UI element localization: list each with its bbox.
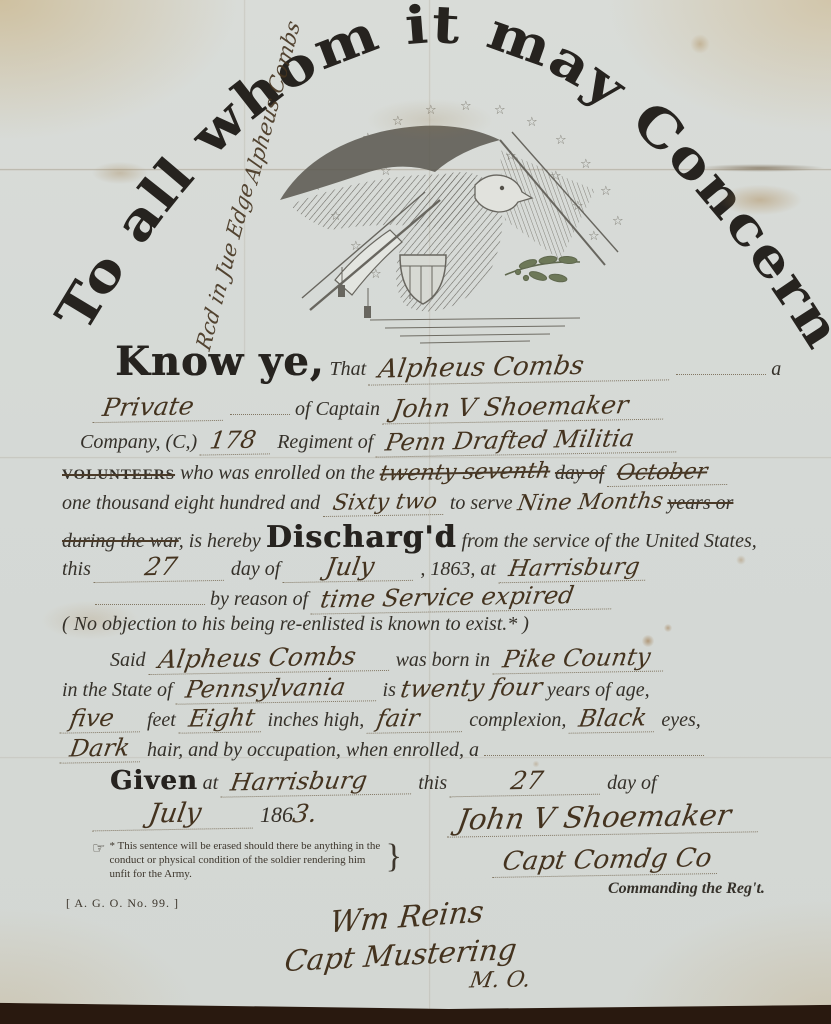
rule-blank: [676, 374, 766, 375]
is-label: is: [383, 679, 396, 701]
one-thousand-label: one thousand eight hundred and: [62, 492, 320, 514]
given-place-entry: Harrisburg: [221, 765, 416, 797]
that-label: That: [330, 358, 367, 380]
form-line-10: Said Alpheus Combs was born in Pike Coun…: [110, 643, 665, 673]
form-line-13: Dark hair, and by occupation, when enrol…: [62, 734, 704, 763]
company-label: Company, (C,): [80, 431, 197, 453]
height-inches-entry: Eight: [178, 703, 265, 733]
eyes-entry: Black: [569, 703, 659, 733]
form-line-11: in the State of Pennsylvania is twenty f…: [62, 674, 650, 703]
captain-title-signature: Capt Comdg Co: [495, 845, 719, 876]
regiment-number-entry: 178: [200, 425, 275, 455]
inches-label: inches high,: [268, 709, 365, 731]
svg-text:☆: ☆: [392, 114, 404, 129]
a-label: a: [771, 358, 781, 380]
form-line-6: during the war, is hereby Discharg'd fro…: [62, 520, 757, 555]
svg-text:☆: ☆: [460, 99, 472, 114]
regiment-name-entry: Penn Drafted Militia: [376, 423, 681, 457]
captain-name-entry: John V Shoemaker: [382, 390, 668, 425]
reason-entry: time Service expired: [310, 580, 615, 614]
day-of-label-2: day of: [231, 558, 280, 580]
svg-text:☆: ☆: [425, 103, 437, 118]
svg-text:☆: ☆: [600, 184, 612, 199]
volunteers-label-struck: VOLUNTEERS: [62, 467, 175, 483]
discharged-heading: Discharg'd: [266, 520, 457, 555]
form-line-2: Private of Captain John V Shoemaker: [95, 392, 665, 422]
state-label: in the State of: [62, 679, 173, 701]
form-line-8: by reason of time Service expired: [95, 583, 613, 612]
no-objection-label: ( No objection to his being re-enlisted …: [62, 613, 529, 635]
rule-blank: [95, 604, 205, 605]
given-day-entry: 27: [450, 765, 605, 798]
svg-text:☆: ☆: [526, 115, 538, 130]
footnote-brace: }: [386, 840, 402, 881]
svg-text:☆: ☆: [494, 103, 506, 118]
discharge-certificate-paper: To all whom it may Concern: ☆☆☆ ☆☆☆ ☆☆☆ …: [0, 0, 831, 1013]
know-ye-heading: Know ye,: [115, 338, 325, 385]
rule-blank: [230, 414, 290, 415]
of-captain-label: of Captain: [295, 398, 380, 420]
discharge-place-entry: Harrisburg: [499, 554, 650, 584]
svg-text:☆: ☆: [588, 229, 600, 244]
given-year-digit-entry: 3.: [291, 799, 320, 828]
form-line-1: Know ye, That Alpheus Combs a: [115, 338, 781, 385]
form-line-12: five feet Eight inches high, fair comple…: [62, 704, 701, 733]
born-in-label: was born in: [396, 649, 490, 671]
soldier-name-entry-2: Alpheus Combs: [148, 641, 393, 675]
form-line-15: July 1863.: [95, 798, 317, 830]
form-line-7: this 27 day of July , 1863, at Harrisbur…: [62, 552, 647, 582]
age-suffix-label: years of age,: [547, 679, 650, 701]
occupation-blank: [484, 755, 704, 756]
regiment-of-label: Regiment of: [277, 431, 373, 453]
state-entry: Pennsylvania: [175, 672, 380, 704]
form-line-9: ( No objection to his being re-enlisted …: [62, 613, 529, 636]
from-service-label: from the service of the United States,: [461, 530, 756, 552]
term-entry: Nine Months: [515, 489, 664, 517]
eagle-engraving: ☆☆☆ ☆☆☆ ☆☆☆ ☆☆☆ ☆☆☆ ☆☆☆ ☆☆☆: [250, 80, 630, 360]
soldier-name-entry: Alpheus Combs: [368, 349, 674, 385]
form-line-3: Company, (C,) 178 Regiment of Penn Draft…: [80, 426, 678, 455]
discharge-day-entry: 27: [93, 551, 228, 583]
complexion-entry: fair: [367, 703, 467, 734]
given-month-entry: July: [92, 797, 258, 832]
enrolled-label: who was enrolled on the: [180, 462, 375, 484]
this-label: this: [62, 558, 91, 580]
given-year-printed: 186: [260, 802, 293, 827]
svg-text:☆: ☆: [580, 157, 592, 172]
feet-label: feet: [147, 709, 176, 731]
height-feet-entry: five: [60, 703, 145, 733]
birthplace-entry: Pike County: [492, 643, 667, 675]
form-line-14: Given at Harrisburg this 27 day of: [110, 766, 657, 796]
is-hereby-label: , is hereby: [179, 530, 261, 552]
years-or-label-struck: years or: [667, 492, 733, 514]
footnote: ☞ * This sentence will be erased should …: [92, 840, 402, 881]
enroll-month-entry-struck: October: [607, 459, 731, 487]
commanding-label: Commanding the Reg't.: [608, 880, 765, 898]
eyes-label: eyes,: [661, 709, 700, 731]
form-line-5: one thousand eight hundred and Sixty two…: [62, 490, 733, 516]
mustering-suffix-signature: M. O.: [470, 968, 530, 993]
mustering-signature: Wm Reins: [329, 896, 484, 939]
year-at-label: , 1863, at: [420, 558, 496, 580]
captain-signature: John V Shoemaker: [450, 800, 760, 835]
day-of-label-struck: day of: [555, 462, 604, 484]
hair-entry: Dark: [60, 733, 145, 763]
given-this-label: this: [418, 772, 447, 794]
age-entry: twenty four: [398, 673, 544, 703]
year-word-entry: Sixty two: [323, 489, 447, 517]
enroll-day-entry-struck: twenty seventh: [378, 459, 553, 487]
svg-text:☆: ☆: [612, 214, 624, 229]
at-label: at: [203, 772, 219, 794]
given-dayof-label: day of: [607, 772, 656, 794]
discharge-month-entry: July: [283, 551, 418, 583]
rank-entry: Private: [92, 391, 227, 423]
said-label: Said: [110, 649, 146, 671]
to-serve-label: to serve: [450, 492, 513, 514]
during-war-label-struck: during the war: [62, 530, 179, 552]
by-reason-label: by reason of: [210, 588, 308, 610]
hair-label: hair, and by occupation, when enrolled, …: [147, 739, 479, 761]
form-line-4: VOLUNTEERS who was enrolled on the twent…: [62, 460, 729, 486]
given-heading: Given: [110, 766, 198, 796]
svg-text:☆: ☆: [555, 133, 567, 148]
pointing-hand-icon: ☞: [92, 840, 105, 881]
footnote-text: * This sentence will be erased should th…: [109, 840, 381, 881]
ago-number: [ A. G. O. No. 99. ]: [66, 896, 179, 911]
complexion-label: complexion,: [469, 709, 566, 731]
